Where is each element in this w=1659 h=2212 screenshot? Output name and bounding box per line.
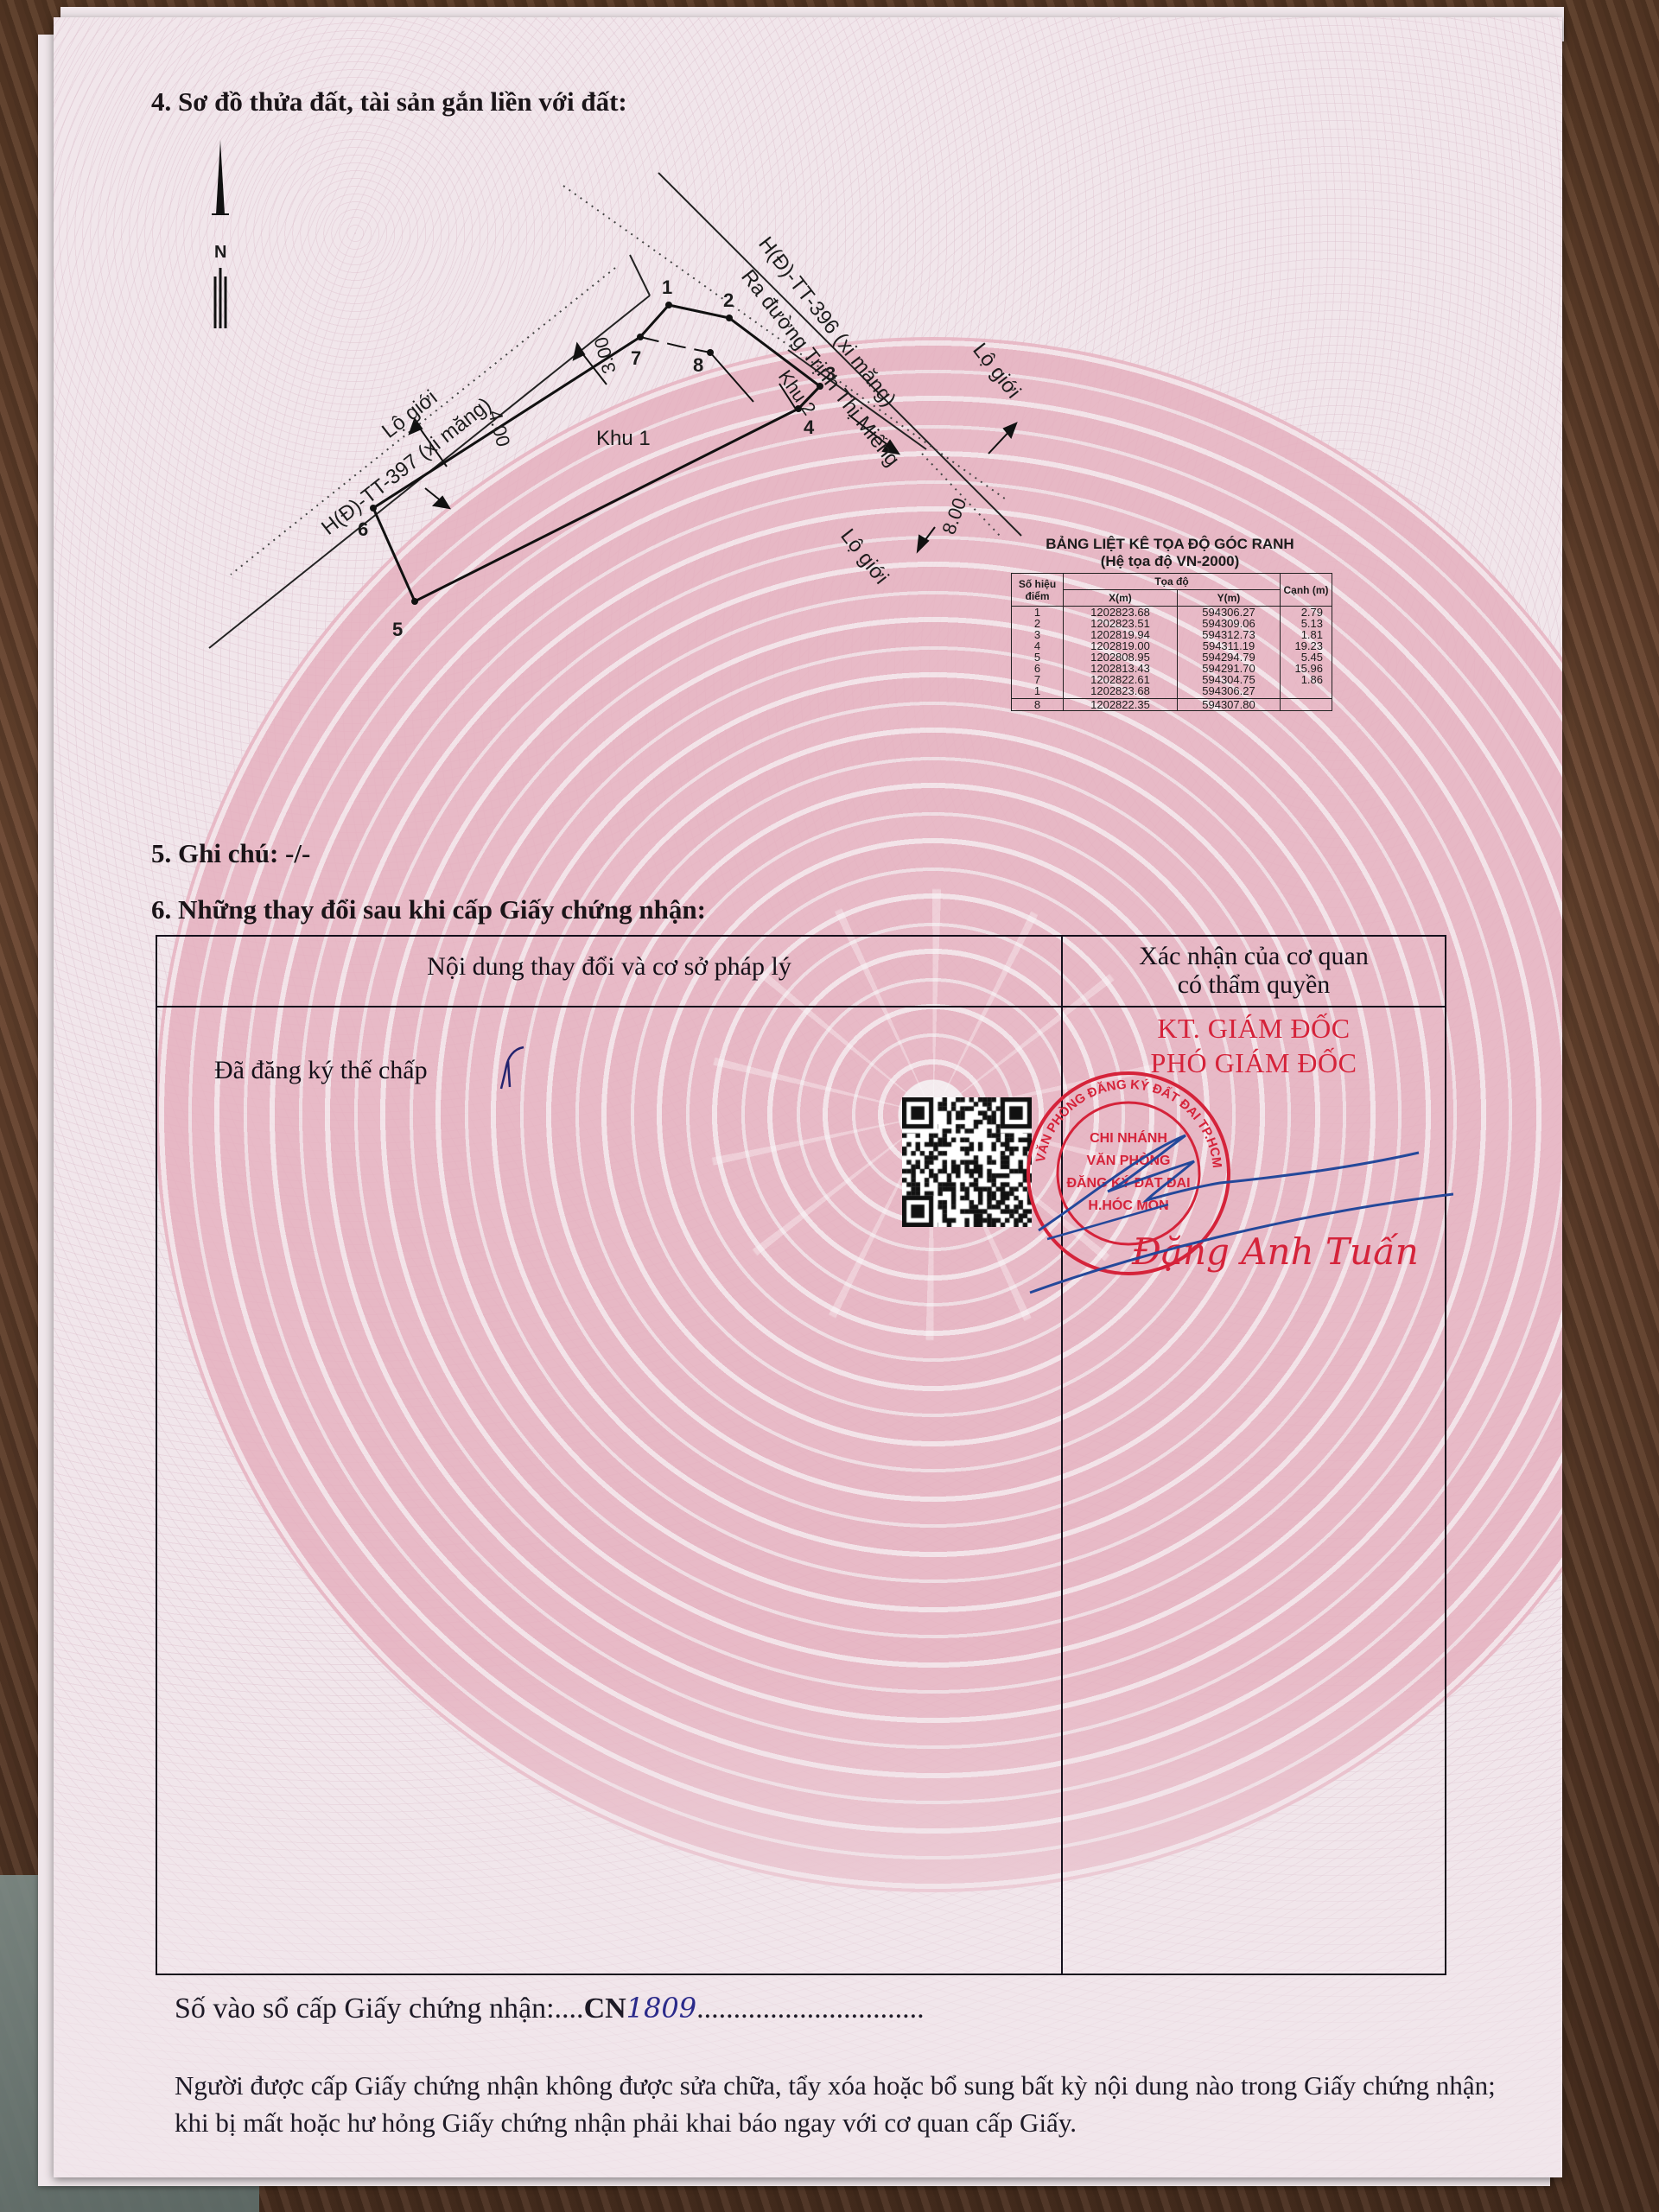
coordinate-row: 11202823.68594306.27 xyxy=(1012,685,1332,699)
cell-y: 594306.27 xyxy=(1177,607,1280,619)
svg-text:N: N xyxy=(214,243,226,262)
coordinate-table: BẢNG LIỆT KÊ TỌA ĐỘ GÓC RANH (Hệ tọa độ … xyxy=(980,536,1360,711)
col-edge: Cạnh (m) xyxy=(1281,574,1332,607)
header-change-content: Nội dung thay đổi và cơ sở pháp lý xyxy=(157,952,1061,982)
road-edge xyxy=(630,255,650,296)
svg-text:2: 2 xyxy=(723,289,734,311)
section-6-title: 6. Những thay đổi sau khi cấp Giấy chứng… xyxy=(151,894,706,925)
header-divider xyxy=(157,1006,1445,1007)
svg-text:4: 4 xyxy=(804,416,815,438)
svg-text:7: 7 xyxy=(631,347,641,369)
svg-text:4.00: 4.00 xyxy=(484,408,514,449)
svg-text:5: 5 xyxy=(392,619,403,640)
col-point: Số hiệu điểm xyxy=(1012,574,1064,607)
coordinate-row: 51202808.95594294.795.45 xyxy=(1012,652,1332,663)
parcel-diagram: N xyxy=(54,17,1562,881)
holder-notice: Người được cấp Giấy chứng nhận không đượ… xyxy=(175,2067,1522,2141)
official-title-line1: KT. GIÁM ĐỐC xyxy=(1063,1011,1445,1046)
cell-edge: 1.86 xyxy=(1281,674,1332,685)
coordinate-row: 31202819.94594312.731.81 xyxy=(1012,629,1332,640)
coordinate-row: 61202813.43594291.7015.96 xyxy=(1012,663,1332,674)
cell-y: 594307.80 xyxy=(1177,699,1280,711)
svg-text:Lộ giới: Lộ giới xyxy=(836,524,893,588)
cell-x: 1202822.35 xyxy=(1064,699,1178,711)
cell-y: 594306.27 xyxy=(1177,685,1280,699)
registration-dots: ............................... xyxy=(696,1993,925,2024)
changes-table: Nội dung thay đổi và cơ sở pháp lý Xác n… xyxy=(156,935,1446,1975)
svg-text:Lộ giới: Lộ giới xyxy=(968,339,1025,403)
section-5-notes: 5. Ghi chú: -/- xyxy=(151,838,310,869)
certificate-page: 4. Sơ đồ thửa đất, tài sản gắn liền với … xyxy=(54,17,1562,2177)
svg-text:8.00: 8.00 xyxy=(938,495,970,537)
cell-point: 1 xyxy=(1012,607,1064,619)
coordinate-row: 71202822.61594304.751.86 xyxy=(1012,674,1332,685)
cell-edge xyxy=(1281,699,1332,711)
cell-edge: 2.79 xyxy=(1281,607,1332,619)
registration-number: 1809 xyxy=(626,1992,696,2024)
header-authority-confirmation: Xác nhận của cơ quan có thẩm quyền xyxy=(1063,942,1445,999)
coordinate-row: 11202823.68594306.272.79 xyxy=(1012,607,1332,619)
signature xyxy=(935,1101,1453,1308)
registration-prefix: CN xyxy=(584,1993,626,2024)
col-x: X(m) xyxy=(1064,590,1178,607)
coordinate-row: 81202822.35594307.80 xyxy=(1012,699,1332,711)
col-coord: Tọa độ xyxy=(1064,574,1281,590)
coordinate-table-title: BẢNG LIỆT KÊ TỌA ĐỘ GÓC RANH xyxy=(980,536,1360,553)
svg-text:1: 1 xyxy=(662,276,672,298)
header-authority-line2: có thẩm quyền xyxy=(1063,970,1445,999)
svg-text:8: 8 xyxy=(693,354,703,376)
coordinate-row: 41202819.00594311.1919.23 xyxy=(1012,640,1332,652)
registration-label: Số vào sổ cấp Giấy chứng nhận:.... xyxy=(175,1993,584,2024)
cell-x: 1202823.68 xyxy=(1064,607,1178,619)
registration-number-line: Số vào sổ cấp Giấy chứng nhận:....CN1809… xyxy=(175,1992,925,2025)
coordinate-row: 21202823.51594309.065.13 xyxy=(1012,618,1332,629)
svg-text:Khu 1: Khu 1 xyxy=(596,427,651,450)
initial-mark-icon xyxy=(496,1040,531,1092)
col-y: Y(m) xyxy=(1177,590,1280,607)
header-authority-line1: Xác nhận của cơ quan xyxy=(1063,942,1445,970)
cell-point: 8 xyxy=(1012,699,1064,711)
cell-x: 1202823.68 xyxy=(1064,685,1178,699)
change-entry-mortgage: Đã đăng ký thế chấp xyxy=(214,1056,428,1085)
svg-text:6: 6 xyxy=(358,518,368,540)
cell-point: 1 xyxy=(1012,685,1064,699)
coordinate-table-subtitle: (Hệ tọa độ VN-2000) xyxy=(980,553,1360,570)
cell-edge xyxy=(1281,685,1332,699)
north-arrow-icon: N xyxy=(212,140,229,328)
